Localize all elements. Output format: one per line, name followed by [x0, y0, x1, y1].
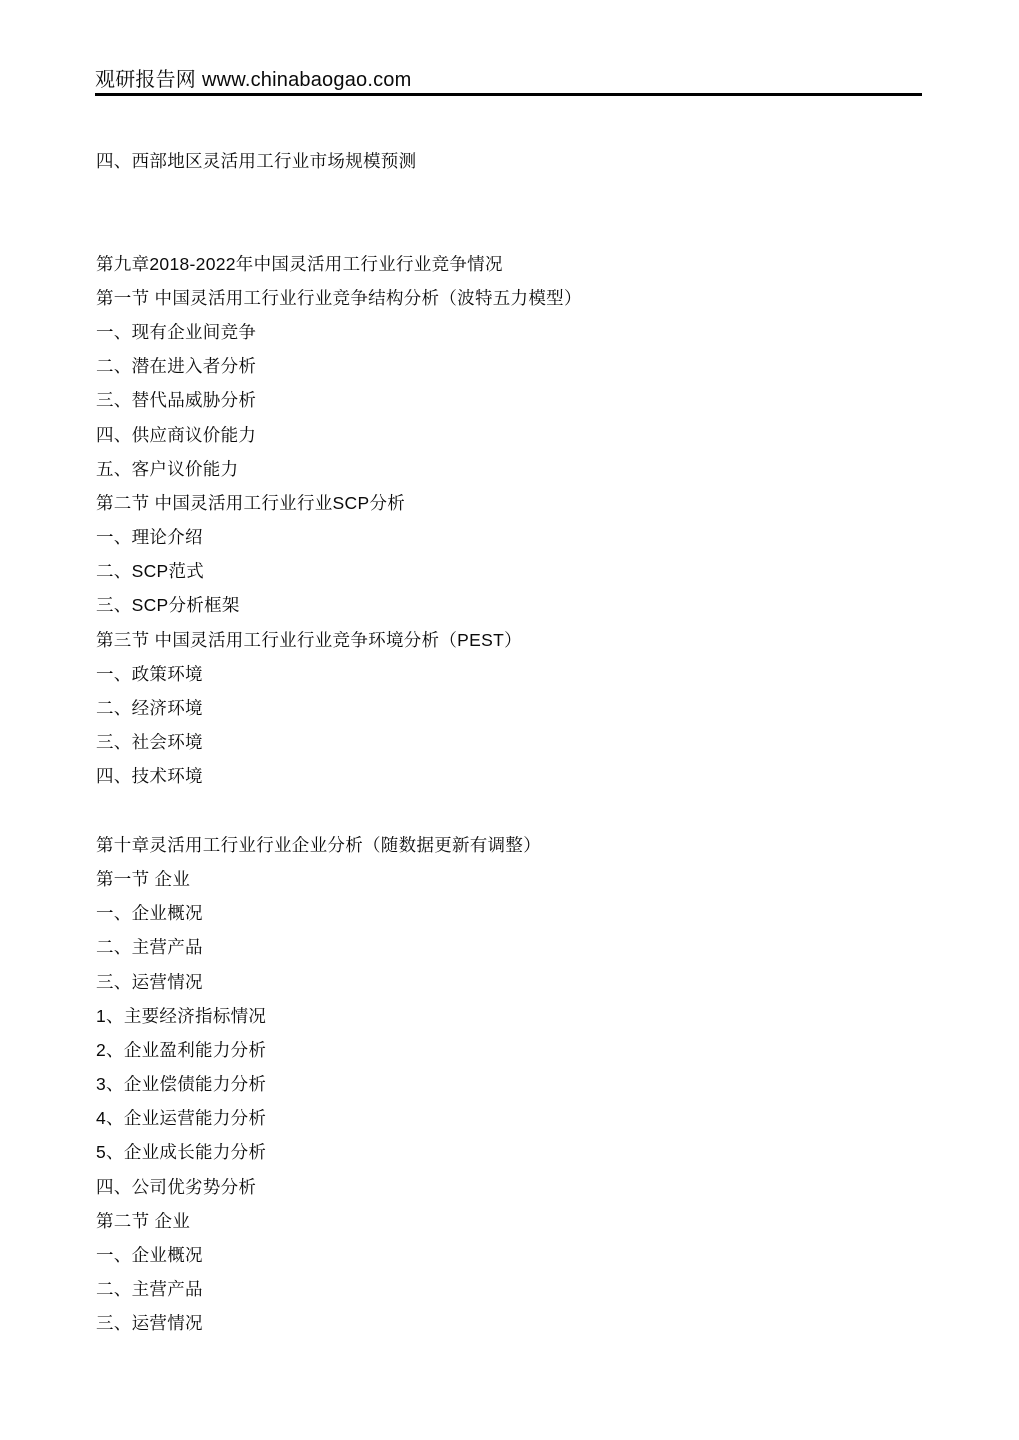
- page-header: 观研报告网www.chinabaogao.com: [95, 67, 411, 93]
- toc-line: 第九章2018-2022年中国灵活用工行业行业竞争情况: [96, 247, 969, 281]
- toc-line: 第十章灵活用工行业行业企业分析（随数据更新有调整）: [96, 828, 969, 862]
- toc-line: 第二节 企业: [96, 1204, 969, 1238]
- toc-line: 五、客户议价能力: [96, 452, 969, 486]
- toc-line: 1、主要经济指标情况: [96, 999, 969, 1033]
- toc-line: 三、运营情况: [96, 1306, 969, 1340]
- toc-line: 一、现有企业间竞争: [96, 315, 969, 349]
- toc-line: 四、公司优劣势分析: [96, 1170, 969, 1204]
- toc-line: 一、理论介绍: [96, 520, 969, 554]
- toc-line: 第二节 中国灵活用工行业行业SCP分析: [96, 486, 969, 520]
- toc-line: 四、西部地区灵活用工行业市场规模预测: [96, 144, 969, 178]
- header-rule: [95, 93, 922, 96]
- toc-blank-line: [96, 178, 969, 212]
- document-page: 观研报告网www.chinabaogao.com 四、西部地区灵活用工行业市场规…: [0, 0, 1019, 1440]
- toc-line: 4、企业运营能力分析: [96, 1101, 969, 1135]
- toc-line: 四、技术环境: [96, 759, 969, 793]
- toc-line: 一、企业概况: [96, 896, 969, 930]
- toc-line: 第一节 企业: [96, 862, 969, 896]
- toc-line: 一、政策环境: [96, 657, 969, 691]
- toc-line: 第三节 中国灵活用工行业行业竞争环境分析（PEST）: [96, 623, 969, 657]
- toc-line: 四、供应商议价能力: [96, 418, 969, 452]
- toc-line: 三、替代品威胁分析: [96, 383, 969, 417]
- toc-line: 2、企业盈利能力分析: [96, 1033, 969, 1067]
- toc-line: 三、SCP分析框架: [96, 588, 969, 622]
- header-site-url: www.chinabaogao.com: [202, 69, 411, 91]
- toc-line: 二、经济环境: [96, 691, 969, 725]
- toc-line: 三、社会环境: [96, 725, 969, 759]
- toc-line: 5、企业成长能力分析: [96, 1135, 969, 1169]
- toc-line: 二、主营产品: [96, 930, 969, 964]
- toc-content: 四、西部地区灵活用工行业市场规模预测第九章2018-2022年中国灵活用工行业行…: [96, 144, 969, 1341]
- header-site-name: 观研报告网: [95, 69, 196, 91]
- toc-line: 三、运营情况: [96, 965, 969, 999]
- toc-line: 3、企业偿债能力分析: [96, 1067, 969, 1101]
- toc-line: 二、潜在进入者分析: [96, 349, 969, 383]
- toc-blank-line: [96, 212, 969, 246]
- toc-line: 第一节 中国灵活用工行业行业竞争结构分析（波特五力模型）: [96, 281, 969, 315]
- toc-line: 二、主营产品: [96, 1272, 969, 1306]
- toc-blank-line: [96, 794, 969, 828]
- toc-line: 一、企业概况: [96, 1238, 969, 1272]
- toc-line: 二、SCP范式: [96, 554, 969, 588]
